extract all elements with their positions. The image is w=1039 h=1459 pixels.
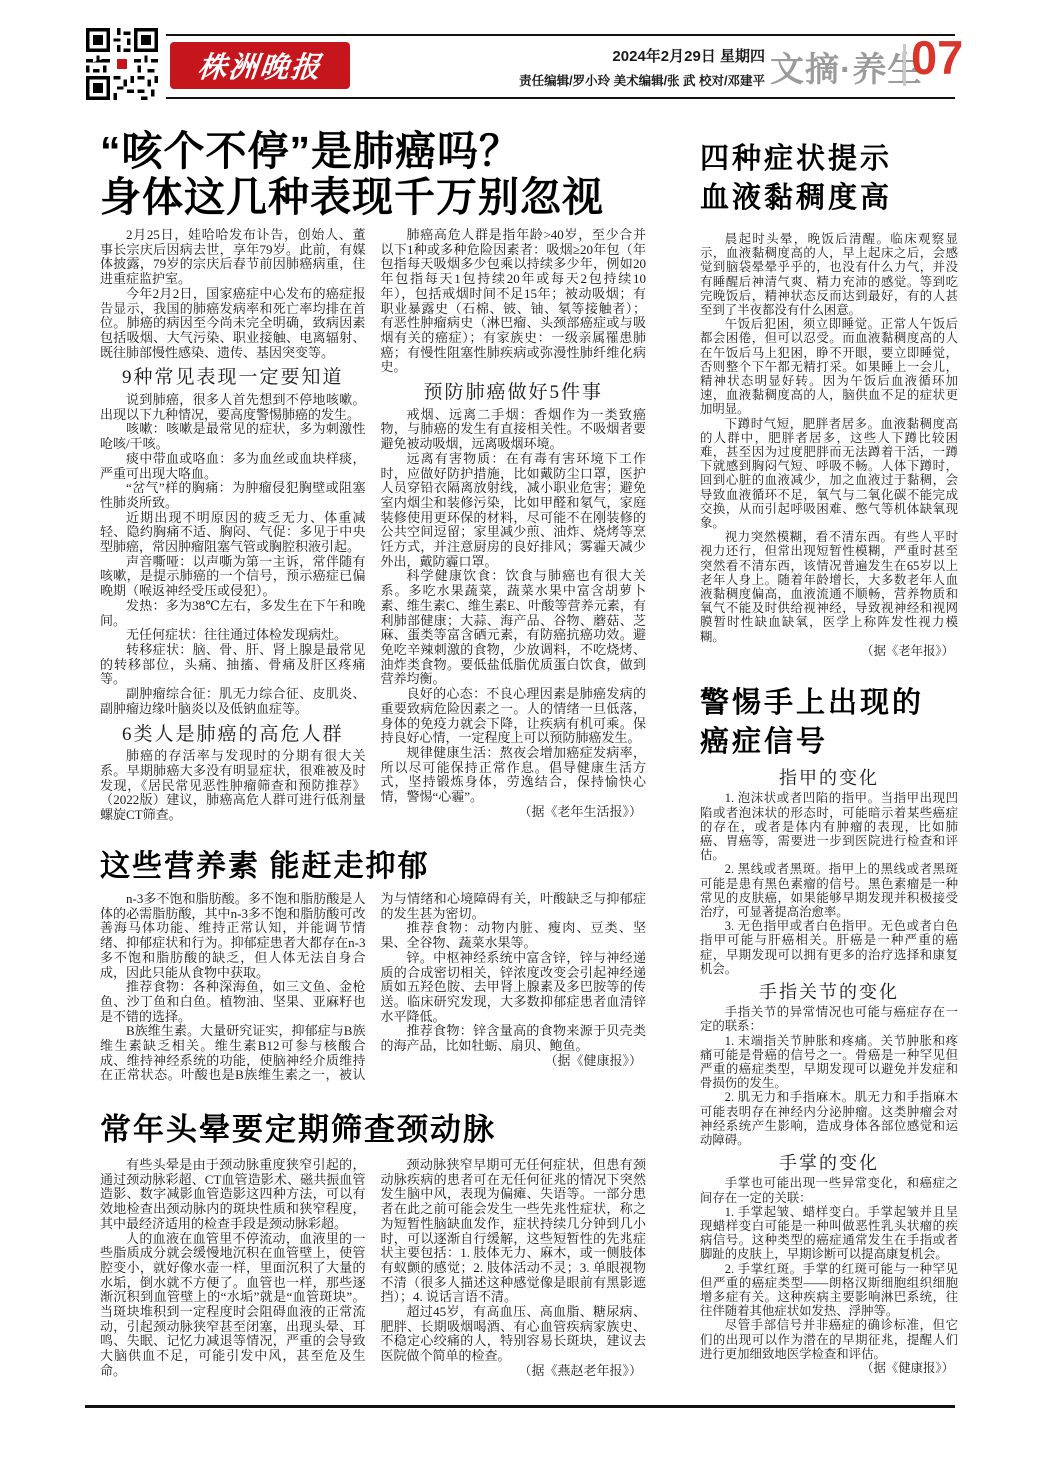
article-paragraph: 规律健康生活：熬夜会增加癌症发病率，所以尽可能保持正常作息。倡导健康生活方式，坚… bbox=[381, 746, 647, 805]
article-paragraph: 超过45岁，有高血压、高血脂、糖尿病、肥胖、长期吸烟喝酒、有心血管疾病家族史、不… bbox=[381, 1305, 647, 1364]
hands-title-line2: 癌症信号 bbox=[700, 723, 958, 762]
nutrients-article-body: n-3多不饱和脂肪酸。多不饱和脂肪酸是人体的必需脂肪酸，其中n-3多不饱和脂肪酸… bbox=[100, 892, 646, 1094]
lung-article-headline: “咳个不停”是肺癌吗？ 身体这几种表现千万别忽视 bbox=[100, 128, 652, 220]
blood-article-title: 四种症状提示 血液黏稠度高 bbox=[700, 140, 958, 218]
lung-article-body: 2月25日，娃哈哈发布讣告，创始人、董事长宗庆后因病去世，享年79岁。此前，有媒… bbox=[100, 228, 646, 828]
carotid-article-headline: 常年头晕要定期筛查颈动脉 bbox=[100, 1104, 496, 1149]
article-credit: （据《老年报》） bbox=[700, 644, 958, 658]
blood-article-body: 晨起时头晕，晚饭后清醒。临床观察显示，血液黏稠度高的人，早上起床之后，会感觉到脑… bbox=[700, 232, 958, 658]
article-paragraph: 尽管手部信号并非癌症的确诊标准，但它们的出现可以作为潜在的早期征兆，提醒人们进行… bbox=[700, 1318, 958, 1361]
article-paragraph: 3. 无色指甲或者白色指甲。无色或者白色指甲可能与肝癌相关。肝癌是一种严重的癌症… bbox=[700, 919, 958, 976]
article-paragraph: 1. 手掌起皱、蜡样变白。手掌起皱并且呈现蜡样变白可能是一种叫做恶性乳头状瘤的疾… bbox=[700, 1205, 958, 1262]
article-credit: （据《健康报》） bbox=[700, 1361, 958, 1375]
article-paragraph: 1. 末端指关节肿胀和疼痛。关节肿胀和疼痛可能是骨癌的信号之一。骨癌是一种罕见但… bbox=[700, 1034, 958, 1091]
article-paragraph: 下蹲时气短，肥胖者居多。血液黏稠度高的人群中，肥胖者居多，这些人下蹲比较困难，甚… bbox=[700, 417, 958, 531]
masthead-text: 株洲晚报 bbox=[196, 45, 324, 86]
article-credit: （据《健康报》） bbox=[381, 1054, 647, 1069]
article-paragraph: “岔气”样的胸痛：为肿瘤侵犯胸壁或阻塞性肺炎所致。 bbox=[100, 481, 366, 510]
article-paragraph: 锌。中枢神经系统中富含锌，锌与神经递质的合成密切相关，锌浓度改变会引起神经递质如… bbox=[381, 951, 647, 1025]
article-subhead: 手掌的变化 bbox=[700, 1156, 958, 1170]
article-paragraph: 今年2月2日，国家癌症中心发布的癌症报告显示，我国的肺癌发病率和死亡率均排在首位… bbox=[100, 287, 366, 361]
article-paragraph: 推荐食物：动物内脏、瘦肉、豆类、坚果、全谷物、蔬菜水果等。 bbox=[381, 921, 647, 950]
article-subhead: 指甲的变化 bbox=[700, 771, 958, 785]
article-subhead: 6类人是肺癌的高危人群 bbox=[100, 728, 366, 743]
article-subhead: 手指关节的变化 bbox=[700, 985, 958, 999]
hands-title-line1: 警惕手上出现的 bbox=[700, 684, 958, 723]
article-paragraph: 声音嘶哑：以声嘶为第一主诉，常伴随有咳嗽，是提示肺癌的一个信号，预示癌症已偏晚期… bbox=[100, 555, 366, 599]
hands-article-body: 指甲的变化1. 泡沫状或者凹陷的指甲。当指甲出现凹陷或者泡沫状的形态时，可能暗示… bbox=[700, 771, 958, 1375]
article-paragraph: 人的血液在血管里不停流动，血液里的一些脂质成分就会缓慢地沉积在血管壁上，使管腔变… bbox=[100, 1232, 366, 1379]
article-paragraph: 咳嗽：咳嗽是最常见的症状，多为刺激性呛咳/干咳。 bbox=[100, 422, 366, 451]
lung-headline-line1: “咳个不停”是肺癌吗？ bbox=[100, 128, 652, 174]
article-paragraph: 视力突然模糊，看不清东西。有些人平时视力还行，但常出现短暂性模糊，严重时甚至突然… bbox=[700, 530, 958, 644]
article-paragraph: 手掌也可能出现一些异常变化，和癌症之间存在一定的关联： bbox=[700, 1176, 958, 1204]
blood-title-line1: 四种症状提示 bbox=[700, 140, 958, 179]
article-paragraph: 无任何症状：往往通过体检发现病灶。 bbox=[100, 628, 366, 643]
article-paragraph: 转移症状：脑、骨、肝、肾上腺是最常见的转移部位，头痛、抽搐、骨痛及肝区疼痛等。 bbox=[100, 643, 366, 687]
article-paragraph: 推荐食物：各种深海鱼，如三文鱼、金枪鱼、沙丁鱼和白鱼。植物油、坚果、亚麻籽也是不… bbox=[100, 980, 366, 1024]
lung-headline-line2: 身体这几种表现千万别忽视 bbox=[100, 174, 652, 220]
page-bottom-rule bbox=[85, 1405, 955, 1408]
article-paragraph: 副肿瘤综合征：肌无力综合征、皮肌炎、副肿瘤边缘叶脑炎以及低钠血症等。 bbox=[100, 687, 366, 716]
article-paragraph: 痰中带血或咯血：多为血丝或血块样痰，严重可出现大咯血。 bbox=[100, 452, 366, 481]
article-paragraph: 说到肺癌，很多人首先想到不停地咳嗽。出现以下九种情况，要高度警惕肺癌的发生。 bbox=[100, 393, 366, 422]
article-paragraph: 2月25日，娃哈哈发布讣告，创始人、董事长宗庆后因病去世，享年79岁。此前，有媒… bbox=[100, 228, 366, 287]
article-paragraph: 发热：多为38℃左右，多发生在下午和晚间。 bbox=[100, 599, 366, 628]
article-paragraph: 肺癌的存活率与发现时的分期有很大关系。早期肺癌大多没有明显症状，很难被及时发现，… bbox=[100, 749, 366, 823]
article-paragraph: 远离有害物质：在有毒有害环境下工作时，应做好防护措施，比如戴防尘口罩，医护人员穿… bbox=[381, 452, 647, 570]
qr-code-icon bbox=[86, 28, 158, 100]
article-paragraph: 2. 肌无力和手指麻木。肌无力和手指麻木可能表明存在神经内分泌肿瘤。这类肿瘤会对… bbox=[700, 1090, 958, 1147]
header-top-rule bbox=[166, 34, 955, 36]
right-column: 四种症状提示 血液黏稠度高 晨起时头晕，晚饭后清醒。临床观察显示，血液黏稠度高的… bbox=[700, 140, 958, 1375]
article-paragraph: 1. 泡沫状或者凹陷的指甲。当指甲出现凹陷或者泡沫状的形态时，可能暗示着某些癌症… bbox=[700, 791, 958, 862]
header-info: 2024年2月29日 星期四 责任编辑/罗小玲 美术编辑/张 武 校对/邓建平 bbox=[420, 45, 765, 89]
section-title: 文摘·养生 bbox=[770, 42, 922, 91]
masthead-logo: 株洲晚报 bbox=[170, 42, 350, 89]
page-number: 07 bbox=[911, 30, 963, 85]
article-paragraph: 晨起时头晕，晚饭后清醒。临床观察显示，血液黏稠度高的人，早上起床之后，会感觉到脑… bbox=[700, 232, 958, 317]
article-credit: （据《老年生活报》） bbox=[381, 805, 647, 820]
editors-line: 责任编辑/罗小玲 美术编辑/张 武 校对/邓建平 bbox=[420, 71, 765, 89]
article-paragraph: 手指关节的异常情况也可能与癌症存在一定的联系： bbox=[700, 1005, 958, 1033]
article-subhead: 9种常见表现一定要知道 bbox=[100, 371, 366, 386]
hands-article-title: 警惕手上出现的 癌症信号 bbox=[700, 684, 958, 762]
article-credit: （据《燕赵老年报》） bbox=[381, 1364, 647, 1379]
article-paragraph: 有些头晕是由于颈动脉重度狭窄引起的，通过颈动脉彩超、CT血管造影术、磁共振血管造… bbox=[100, 1158, 366, 1232]
article-paragraph: 戒烟、远离二手烟：香烟作为一类致癌物，与肺癌的发生有直接相关性。不吸烟者要避免被… bbox=[381, 408, 647, 452]
article-paragraph: 近期出现不明原因的疲乏无力、体重减轻、隐约胸痛不适、胸闷、气促：多见于中央型肺癌… bbox=[100, 511, 366, 555]
date-line: 2024年2月29日 星期四 bbox=[420, 45, 765, 66]
newspaper-page: 株洲晚报 2024年2月29日 星期四 责任编辑/罗小玲 美术编辑/张 武 校对… bbox=[0, 0, 1039, 1459]
article-paragraph: 科学健康饮食：饮食与肺癌也有很大关系。多吃水果蔬菜，蔬菜水果中富含胡萝卜素、维生… bbox=[381, 569, 647, 687]
article-paragraph: 肺癌高危人群是指年龄>40岁，至少合并以下1种或多种危险因素者：吸烟≥20年包（… bbox=[381, 228, 647, 375]
article-paragraph: 2. 黑线或者黑斑。指甲上的黑线或者黑斑可能是患有黑色素瘤的信号。黑色素瘤是一种… bbox=[700, 862, 958, 919]
blood-title-line2: 血液黏稠度高 bbox=[700, 179, 958, 218]
article-paragraph: 颈动脉狭窄早期可无任何症状，但患有颈动脉疾病的患者可在无任何征兆的情况下突然发生… bbox=[381, 1158, 647, 1305]
article-paragraph: n-3多不饱和脂肪酸。多不饱和脂肪酸是人体的必需脂肪酸，其中n-3多不饱和脂肪酸… bbox=[100, 892, 366, 980]
carotid-article-body: 有些头晕是由于颈动脉重度狭窄引起的，通过颈动脉彩超、CT血管造影术、磁共振血管造… bbox=[100, 1158, 646, 1403]
article-paragraph: 午饭后犯困，须立即睡觉。正常人午饭后都会困倦，但可以忍受。而血液黏稠度高的人在午… bbox=[700, 317, 958, 416]
header-bottom-rule bbox=[166, 97, 955, 99]
article-paragraph: 2. 手掌红斑。手掌的红斑可能与一种罕见但严重的癌症类型——朗格汉斯细胞组织细胞… bbox=[700, 1262, 958, 1319]
section-divider bbox=[903, 44, 906, 86]
nutrients-article-headline: 这些营养素 能赶走抑郁 bbox=[100, 841, 430, 885]
article-paragraph: 推荐食物：锌含量高的食物来源于贝壳类的海产品，比如牡蛎、扇贝、鲍鱼。 bbox=[381, 1024, 647, 1053]
article-subhead: 预防肺癌做好5件事 bbox=[381, 386, 647, 401]
article-paragraph: 良好的心态：不良心理因素是肺癌发病的重要致病危险因素之一。人的情绪一旦低落，身体… bbox=[381, 687, 647, 746]
